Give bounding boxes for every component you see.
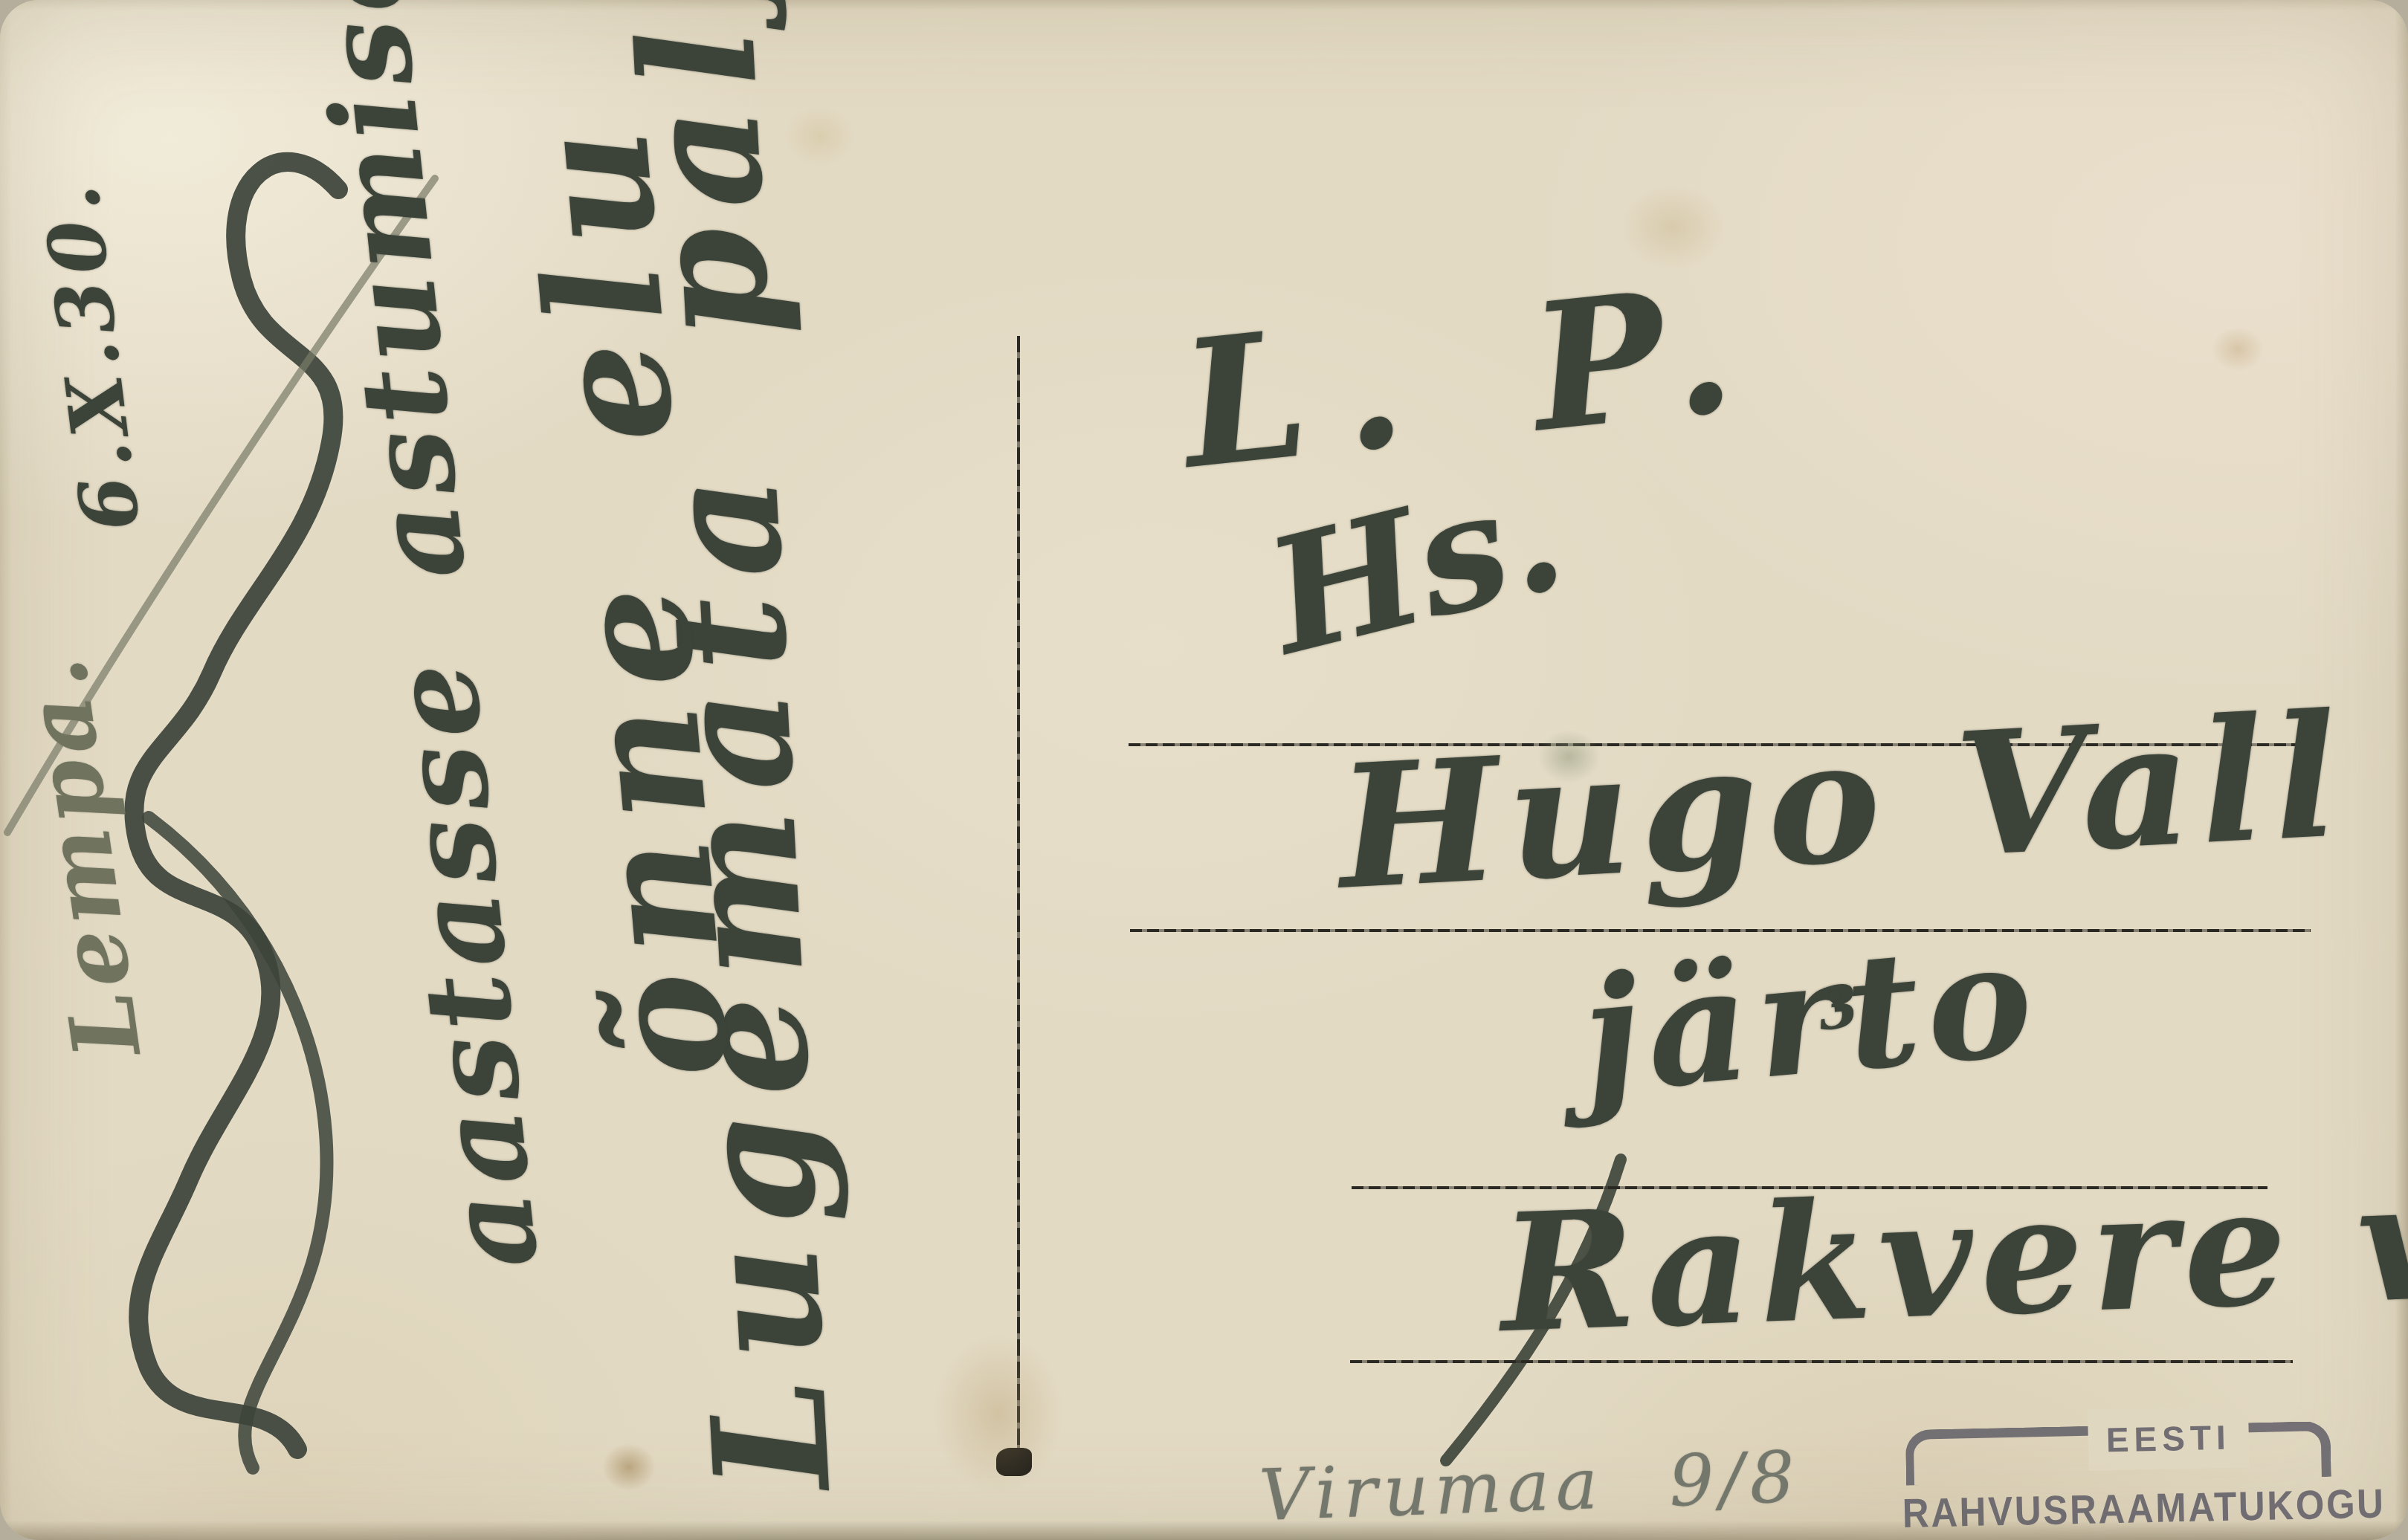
library-stamp-line2: RAHVUSRAAMATUKOGU	[1902, 1481, 2311, 1536]
library-stamp-line1: EESTI	[2088, 1406, 2250, 1471]
handwritten-locality-superscript: 3	[1814, 977, 1862, 1040]
handwritten-recipient-name: Hugo Vall	[1334, 690, 2351, 913]
printers-mark	[996, 1448, 1032, 1476]
postcard-scan: Lugemata palju õnne elu aastasse astumis…	[0, 0, 2408, 1540]
handwritten-locality: järto	[1576, 919, 2045, 1116]
address-rule-4	[1350, 1360, 2293, 1363]
handwritten-parish: Rakvere v.	[1498, 1158, 2408, 1355]
printed-center-divider	[1017, 336, 1020, 1448]
library-stamp: EESTI RAHVUSRAAMATUKOGU	[1900, 1402, 2379, 1540]
